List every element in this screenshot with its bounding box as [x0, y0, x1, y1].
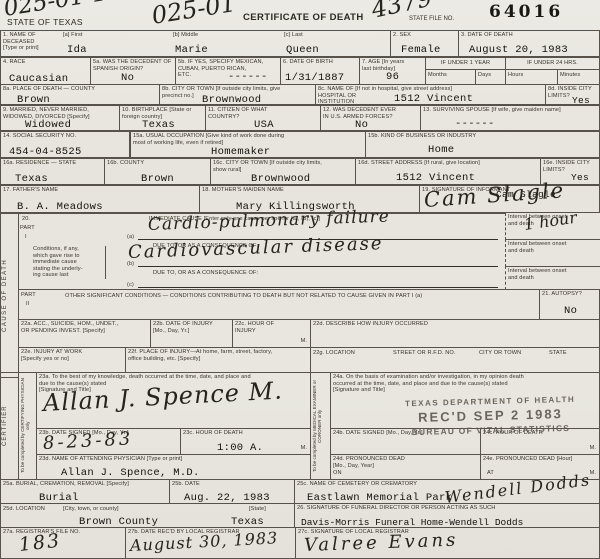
field-hour-of-death: 23c. HOUR OF DEATH 1:00 A. M. [180, 428, 311, 455]
field-name-of-deceased: 1. NAME OF DECEASED [Type or print] [a] … [0, 30, 391, 57]
field-kind-of-business: 15b. KIND OF BUSINESS OR INDUSTRY Home [365, 131, 600, 158]
disposition-label: 25a. BURIAL, CREMATION, REMOVAL [Specify… [3, 481, 167, 488]
injury-city-label: CITY OR TOWN [479, 350, 521, 357]
hour-of-death-label: 23c. HOUR OF DEATH [183, 430, 308, 437]
cause-number: 20. [22, 216, 30, 223]
field-surviving-spouse: 13. SURVIVING SPOUSE [If wife, give maid… [420, 105, 600, 131]
marital-status-value: Widowed [25, 119, 71, 131]
part2-label: PART [21, 292, 36, 299]
certificate-title: CERTIFICATE OF DEATH [243, 12, 364, 23]
hour-of-death-m: M. [301, 445, 307, 452]
field-usual-occupation: 15a. USUAL OCCUPATION [Give kind of work… [130, 131, 366, 158]
field-registrar-signature: 27c. SIGNATURE OF LOCAL REGISTRAR Valree… [295, 527, 600, 559]
occupation-label: 15a. USUAL OCCUPATION [Give kind of work… [133, 133, 363, 146]
residence-city-label: 16c. CITY OR TOWN [If outside city limit… [213, 160, 353, 173]
citizen-value: USA [254, 119, 274, 131]
field-funeral-director: 26. SIGNATURE OF FUNERAL DIRECTOR OR PER… [294, 503, 600, 528]
interval-a-cell: Interval between onset and death 1 hour [505, 213, 600, 240]
spanish-origin-value: No [121, 72, 134, 84]
injury-location-label: 22g. LOCATION [313, 350, 355, 357]
part1-roman: I [25, 234, 27, 241]
field-citizen-of: 11. CITIZEN OF WHAT COUNTRY? USA [205, 105, 321, 131]
field-hospital-or-institution: 8c. NAME OF [If not in hospital, give st… [315, 84, 546, 105]
part1-label: PART [20, 225, 35, 232]
disposition-location-label: 25d. LOCATION [3, 506, 45, 513]
field-sex: 2. SEX Female [390, 30, 459, 57]
field-armed-forces: 12. WAS DECEDENT EVER IN U.S. ARMED FORC… [320, 105, 421, 131]
under-1-year-label: IF UNDER 1 YEAR [426, 58, 505, 70]
manner-label: 22a. ACC., SUICIDE, HOM., UNDET., OR PEN… [21, 321, 148, 334]
field-spanish-origin: 5a. WAS THE DECEDENT OF SPANISH ORIGIN? … [90, 57, 176, 85]
place-of-injury-label: 22f. PLACE OF INJURY—At home, farm, stre… [128, 349, 308, 362]
field-how-injury-occurred: 22d. DESCRIBE HOW INJURY OCCURRED [310, 319, 600, 348]
pronounced-dead-hour-label: 24e. PRONOUNCED DEAD [Hour] [483, 456, 597, 463]
last-name-label: [c] Last [284, 32, 303, 39]
interval-c-cell: Interval between onset and death [505, 266, 600, 290]
medical-examiner-column: To be completed by MEDICAL EXAMINER or C… [310, 372, 331, 480]
spanish-origin-label: 5a. WAS THE DECEDENT OF SPANISH ORIGIN? [93, 59, 173, 72]
hour-of-death-value: 1:00 A. [217, 442, 263, 454]
field-manner-of-death: 22a. ACC., SUICIDE, HOM., UNDET., OR PEN… [18, 319, 151, 348]
conditions-note: Conditions, if any, which gave rise to i… [33, 246, 106, 279]
pronounced-dead-on: ON [333, 470, 342, 477]
residence-state-label: 16a. RESIDENCE — STATE [3, 160, 102, 167]
examiner-certification-label: 24a. On the basis of examination and/or … [333, 374, 597, 394]
injury-state-label: STATE [549, 350, 567, 357]
part2-roman: II [26, 301, 29, 308]
field-disposition-date: 25b. DATE Aug. 22, 1983 [169, 479, 295, 504]
autopsy-label: 21. AUTOPSY? [542, 291, 597, 298]
field-residence-state: 16a. RESIDENCE — STATE Texas [0, 158, 105, 185]
ssn-label: 14. SOCIAL SECURITY NO. [3, 133, 127, 140]
field-race: 4. RACE Caucasian [0, 57, 91, 85]
ssn-value: 454-04-8525 [9, 146, 82, 158]
birthplace-value: Texas [142, 119, 175, 131]
attending-physician-label: 23d. NAME OF ATTENDING PHYSICIAN [Type o… [39, 456, 308, 463]
field-residence-county: 16b. COUNTY Brown [104, 158, 211, 185]
business-label: 15b. KIND OF BUSINESS OR INDUSTRY [368, 133, 597, 140]
surviving-spouse-value: ------ [455, 118, 495, 130]
residence-state-value: Texas [15, 173, 48, 185]
field-date-received-registrar: 27b. DATE REC'D BY LOCAL REGISTRAR Augus… [125, 527, 296, 559]
residence-street-label: 16d. STREET ADDRESS [If rural, give loca… [358, 160, 538, 167]
field-birthplace: 10. BIRTHPLACE [State or foreign country… [119, 105, 206, 131]
field-injury-at-work: 22e. INJURY AT WORK [Specify yes or no] [18, 347, 126, 373]
interval-c-label: Interval between onset and death [508, 268, 598, 281]
race-label: 4. RACE [3, 59, 88, 66]
date-of-birth-value: 1/31/1887 [285, 72, 344, 84]
middle-name-value: Marie [175, 44, 208, 56]
surviving-spouse-label: 13. SURVIVING SPOUSE [If wife, give maid… [423, 107, 597, 114]
place-of-death-label: 8a. PLACE OF DEATH — COUNTY [3, 86, 157, 93]
fathers-name-label: 17. FATHER'S NAME [3, 187, 197, 194]
part2-row: PART II OTHER SIGNIFICANT CONDITIONS — C… [18, 289, 540, 320]
field-residence-city: 16c. CITY OR TOWN [If outside city limit… [210, 158, 356, 185]
handwritten-code-mid: 025-01 [150, 0, 238, 30]
field-if-under-1-year: IF UNDER 1 YEAR Months Days [425, 57, 506, 85]
field-specify-origin: 5b. IF YES, SPECIFY MEXICAN, CUBAN, PUER… [175, 57, 281, 85]
field-city-of-death: 8b. CITY OR TOWN [If outside city limits… [159, 84, 316, 105]
name-label: 1. NAME OF DECEASED [Type or print] [3, 32, 61, 52]
field-disposition-location: 25d. LOCATION [City, town, or county] [S… [0, 503, 295, 528]
field-place-of-death-county: 8a. PLACE OF DEATH — COUNTY Brown [0, 84, 160, 105]
how-injury-label: 22d. DESCRIBE HOW INJURY OCCURRED [313, 321, 597, 328]
interval-b-label: Interval between onset and death [508, 241, 598, 254]
field-registrar-file-no: 27a. REGISTRAR'S FILE NO. 183 [0, 527, 126, 559]
months-label: Months [426, 70, 476, 85]
date-of-birth-label: 6. DATE OF BIRTH [283, 59, 357, 66]
field-date-of-injury: 22b. DATE OF INJURY [Mo., Day, Yr.] [150, 319, 233, 348]
first-name-value: Ida [67, 44, 87, 56]
injury-at-work-label: 22e. INJURY AT WORK [Specify yes or no] [21, 349, 123, 362]
middle-name-label: [b] Middle [173, 32, 198, 39]
field-if-under-24-hrs: IF UNDER 24 HRS. Hours Minutes [505, 57, 600, 85]
state-file-no-value: 64016 [489, 2, 563, 22]
cause-a-tag: (a) [127, 234, 134, 241]
date-of-death-value: August 20, 1983 [469, 44, 568, 56]
pronounced-dead-at: AT [487, 470, 494, 477]
part2-text: OTHER SIGNIFICANT CONDITIONS — CONDITION… [65, 293, 535, 300]
inside-city-limits-residence-value: Yes [571, 172, 589, 183]
pronounced-dead-date-label: 24d. PRONOUNCED DEAD [Mo., Day, Year] [333, 456, 478, 469]
date-of-injury-label: 22b. DATE OF INJURY [Mo., Day, Yr.] [153, 321, 230, 334]
registrar-file-handwritten: 183 [18, 530, 62, 556]
field-disposition: 25a. BURIAL, CREMATION, REMOVAL [Specify… [0, 479, 170, 504]
first-name-label: [a] First [63, 32, 83, 39]
specify-origin-value: ------ [228, 71, 268, 83]
state-file-no-label: STATE FILE NO. [409, 16, 454, 22]
field-hour-of-injury: 22c. HOUR OF INJURY M. [232, 319, 311, 348]
disposition-date-label: 25b. DATE [172, 481, 292, 488]
cause-c-line [138, 262, 498, 288]
certifier-sidebar: CERTIFIER [0, 372, 19, 480]
armed-forces-value: No [355, 119, 368, 131]
state-title: STATE OF TEXAS [7, 17, 83, 27]
field-autopsy: 21. AUTOPSY? No [539, 289, 600, 320]
armed-forces-label: 12. WAS DECEDENT EVER IN U.S. ARMED FORC… [323, 107, 418, 120]
hour-of-injury-label: 22c. HOUR OF INJURY [235, 321, 308, 334]
interval-b-cell: Interval between onset and death [505, 239, 600, 267]
hospital-value: 1512 Vincent [394, 93, 473, 105]
certifying-physician-column: To be completed by CERTIFYING PHYSICIAN … [18, 372, 37, 480]
field-place-of-injury: 22f. PLACE OF INJURY—At home, farm, stre… [125, 347, 311, 373]
date-signed-handwritten: 8-23-83 [42, 428, 133, 454]
disposition-location-sub1: [City, town, or county] [63, 506, 119, 513]
business-value: Home [428, 144, 454, 156]
disposition-location-sub2: [State] [249, 506, 266, 513]
age-value: 96 [386, 71, 399, 83]
residence-street-value: 1512 Vincent [396, 172, 475, 184]
field-date-of-death: 3. DATE OF DEATH August 20, 1983 [458, 30, 600, 57]
cause-of-death-sidebar: CAUSE OF DEATH [0, 213, 19, 378]
residence-county-value: Brown [141, 173, 174, 185]
residence-city-value: Brownwood [251, 173, 310, 185]
registrar-signature-handwritten: Valree Evans [304, 530, 459, 556]
field-age: 7. AGE [In years last birthday] 96 [359, 57, 426, 85]
hours-label: Hours [506, 70, 558, 85]
cause-c-tag: (c) [127, 282, 134, 289]
hour-of-death-examiner-m: M. [590, 445, 596, 452]
field-ssn: 14. SOCIAL SECURITY NO. 454-04-8525 [0, 131, 130, 158]
residence-county-label: 16b. COUNTY [107, 160, 208, 167]
last-name-value: Queen [286, 44, 319, 56]
field-injury-location: 22g. LOCATION STREET OR R.F.D. NO. CITY … [310, 347, 600, 373]
field-physician-certification: 23a. To the best of my knowledge, death … [36, 372, 311, 429]
sex-value: Female [401, 44, 441, 56]
minutes-label: Minutes [558, 70, 599, 85]
hour-of-injury-m: M. [301, 338, 307, 345]
field-fathers-name: 17. FATHER'S NAME B. A. Meadows [0, 185, 200, 213]
occupation-value: Homemaker [211, 146, 270, 158]
sex-label: 2. SEX [393, 32, 456, 39]
fathers-name-value: B. A. Meadows [17, 201, 103, 213]
field-attending-physician: 23d. NAME OF ATTENDING PHYSICIAN [Type o… [36, 454, 311, 480]
date-of-death-label: 3. DATE OF DEATH [461, 32, 597, 39]
vital-statistics-received-stamp: TEXAS DEPARTMENT OF HEALTH REC'D SEP 2 1… [383, 394, 599, 438]
autopsy-value: No [564, 305, 577, 317]
field-marital-status: 9. MARRIED, NEVER MARRIED, WIDOWED, DIVO… [0, 105, 120, 131]
under-24-hrs-label: IF UNDER 24 HRS. [506, 58, 599, 70]
mothers-name-label: 18. MOTHER'S MAIDEN NAME [202, 187, 417, 194]
injury-street-label: STREET OR R.F.D. NO. [393, 350, 456, 357]
death-certificate-document: 025-01-1 025-01 4379 STATE OF TEXAS CERT… [0, 0, 600, 559]
field-pronounced-dead-date: 24d. PRONOUNCED DEAD [Mo., Day, Year] ON [330, 454, 481, 480]
field-inside-city-limits-death: 8d. INSIDE CITY LIMITS? Yes [545, 84, 600, 105]
field-date-of-birth: 6. DATE OF BIRTH 1/31/1887 [280, 57, 360, 85]
days-label: Days [476, 70, 505, 85]
attending-physician-value: Allan J. Spence, M.D. [61, 467, 200, 479]
field-date-signed-physician: 23b. DATE SIGNED [Mo., Day, Yr.] 8-23-83 [36, 428, 181, 455]
